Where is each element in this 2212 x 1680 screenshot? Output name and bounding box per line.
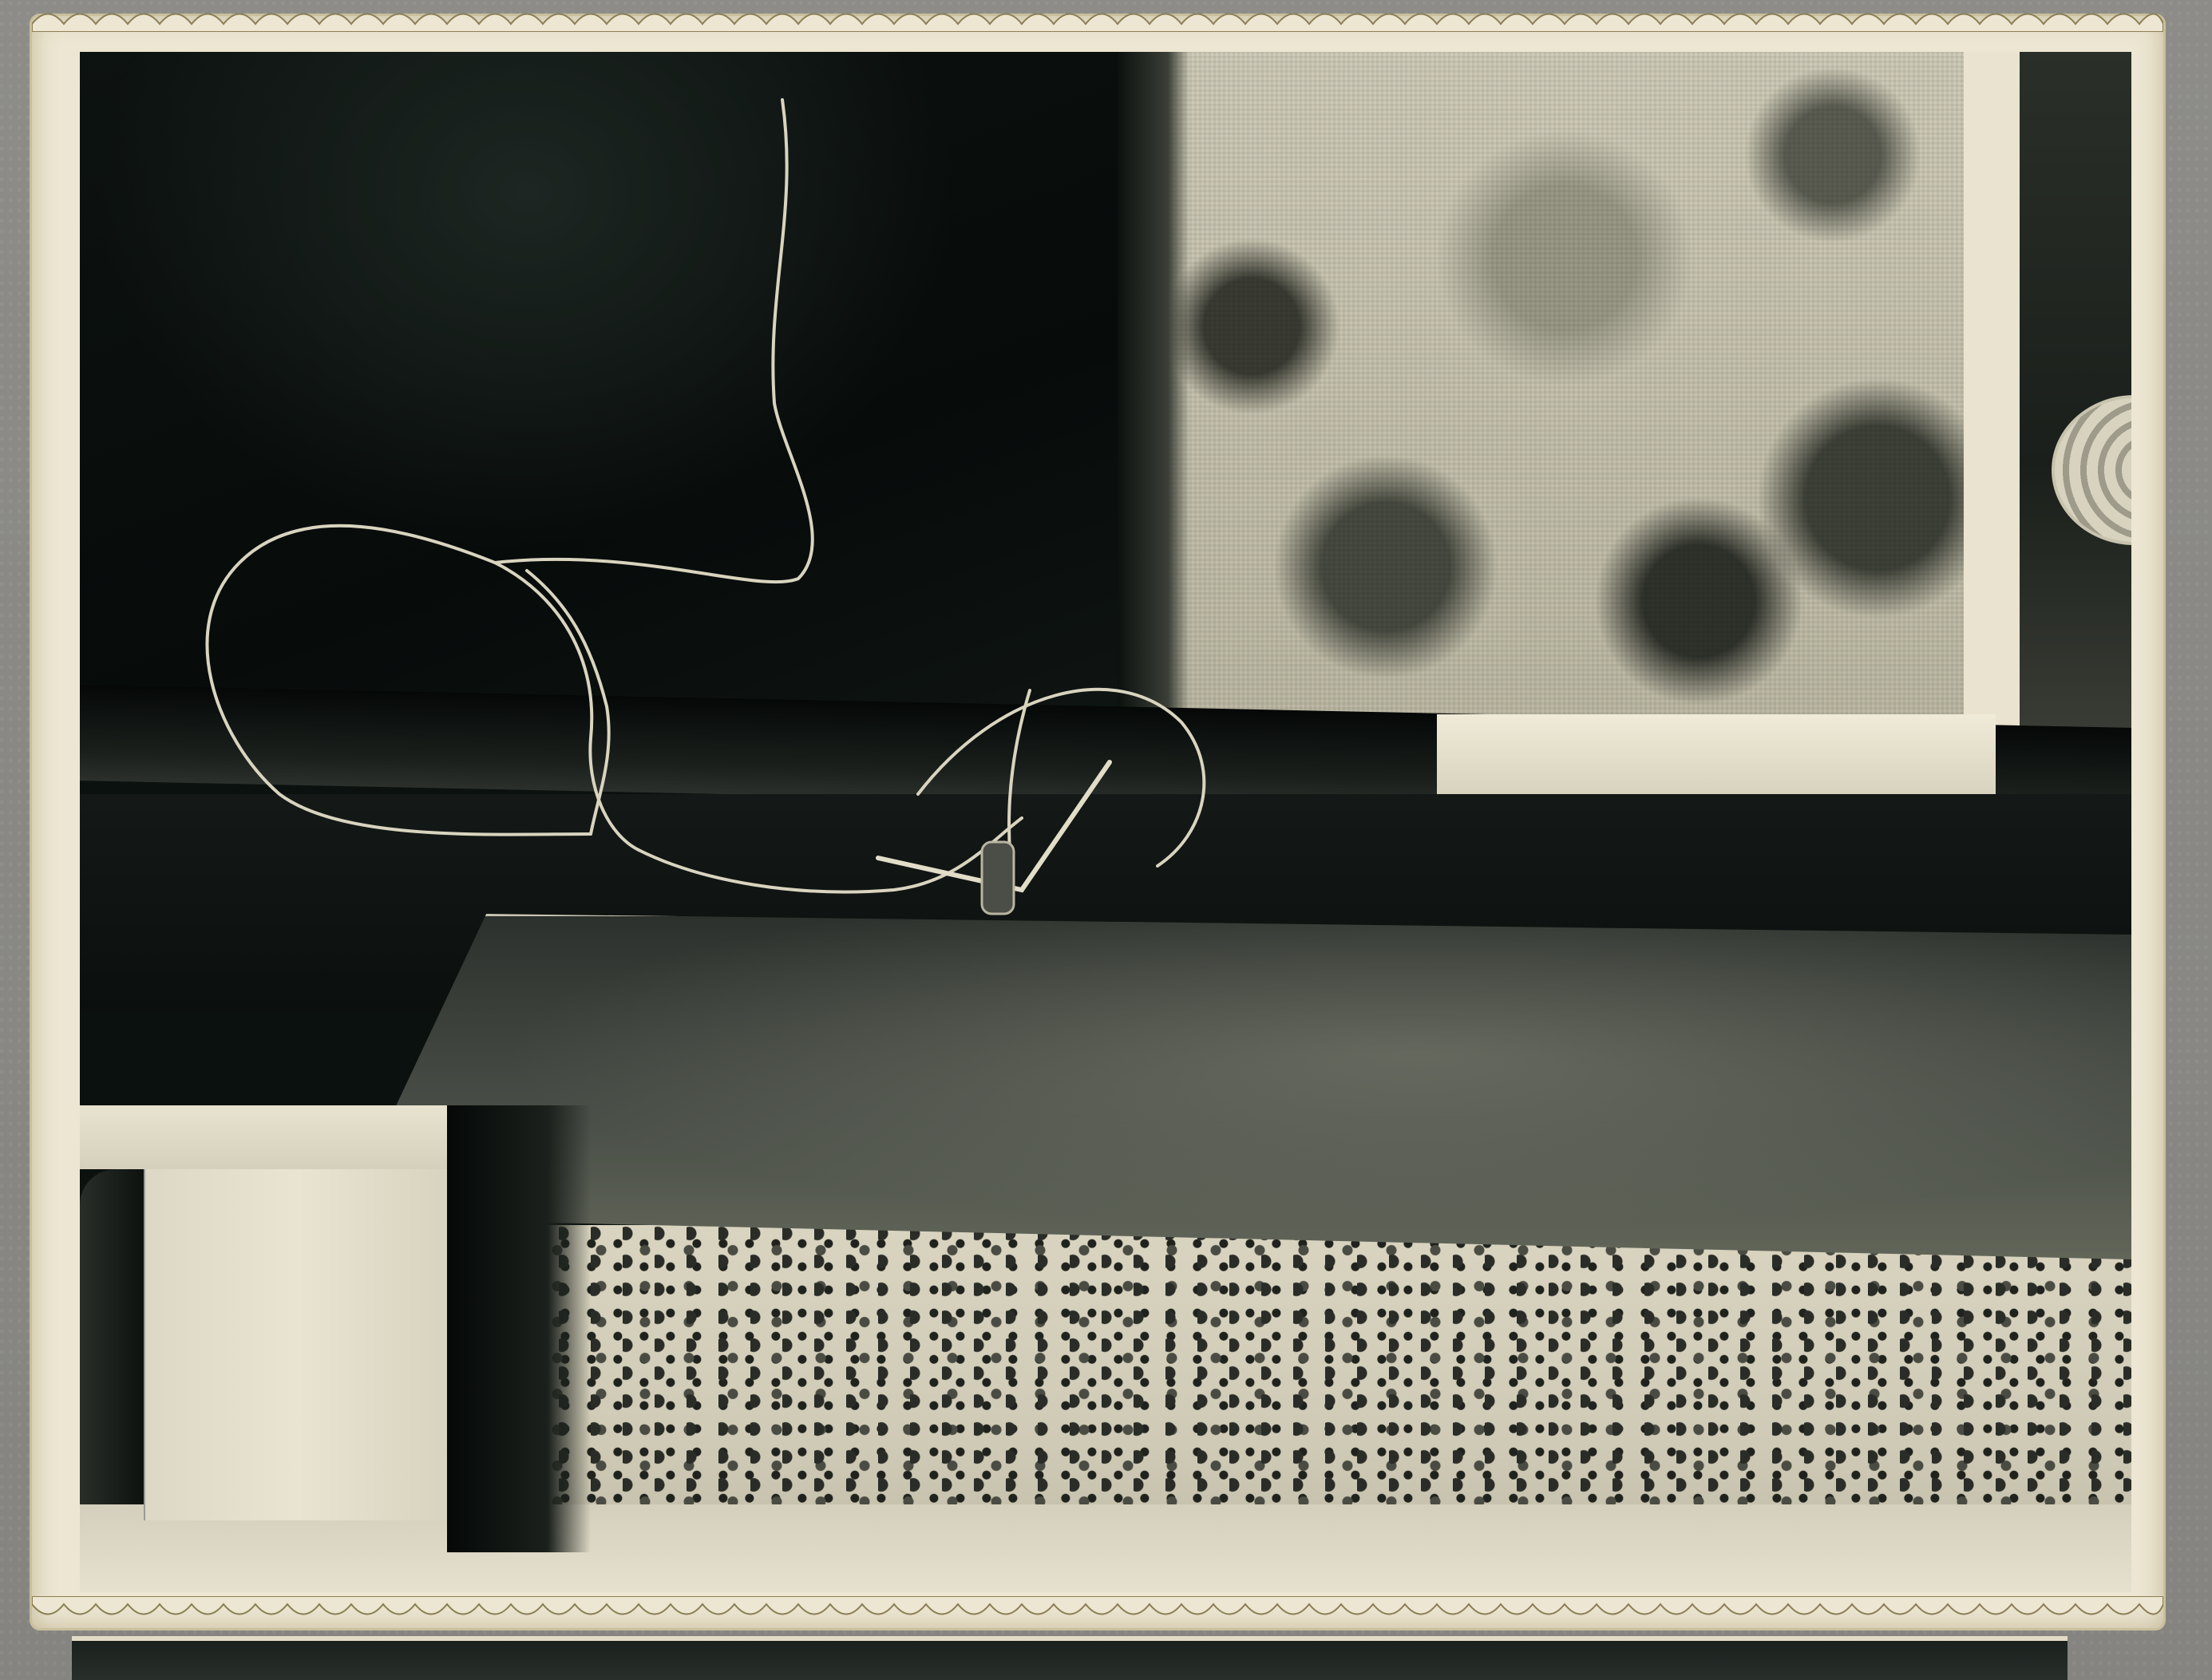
deckled-edge-top bbox=[32, 0, 2163, 32]
small-device bbox=[982, 842, 1014, 914]
wires bbox=[80, 52, 2131, 1592]
deckled-edge-bottom bbox=[32, 1596, 2163, 1628]
photo-image bbox=[80, 52, 2131, 1592]
next-photo-print-edge bbox=[72, 1636, 2068, 1680]
